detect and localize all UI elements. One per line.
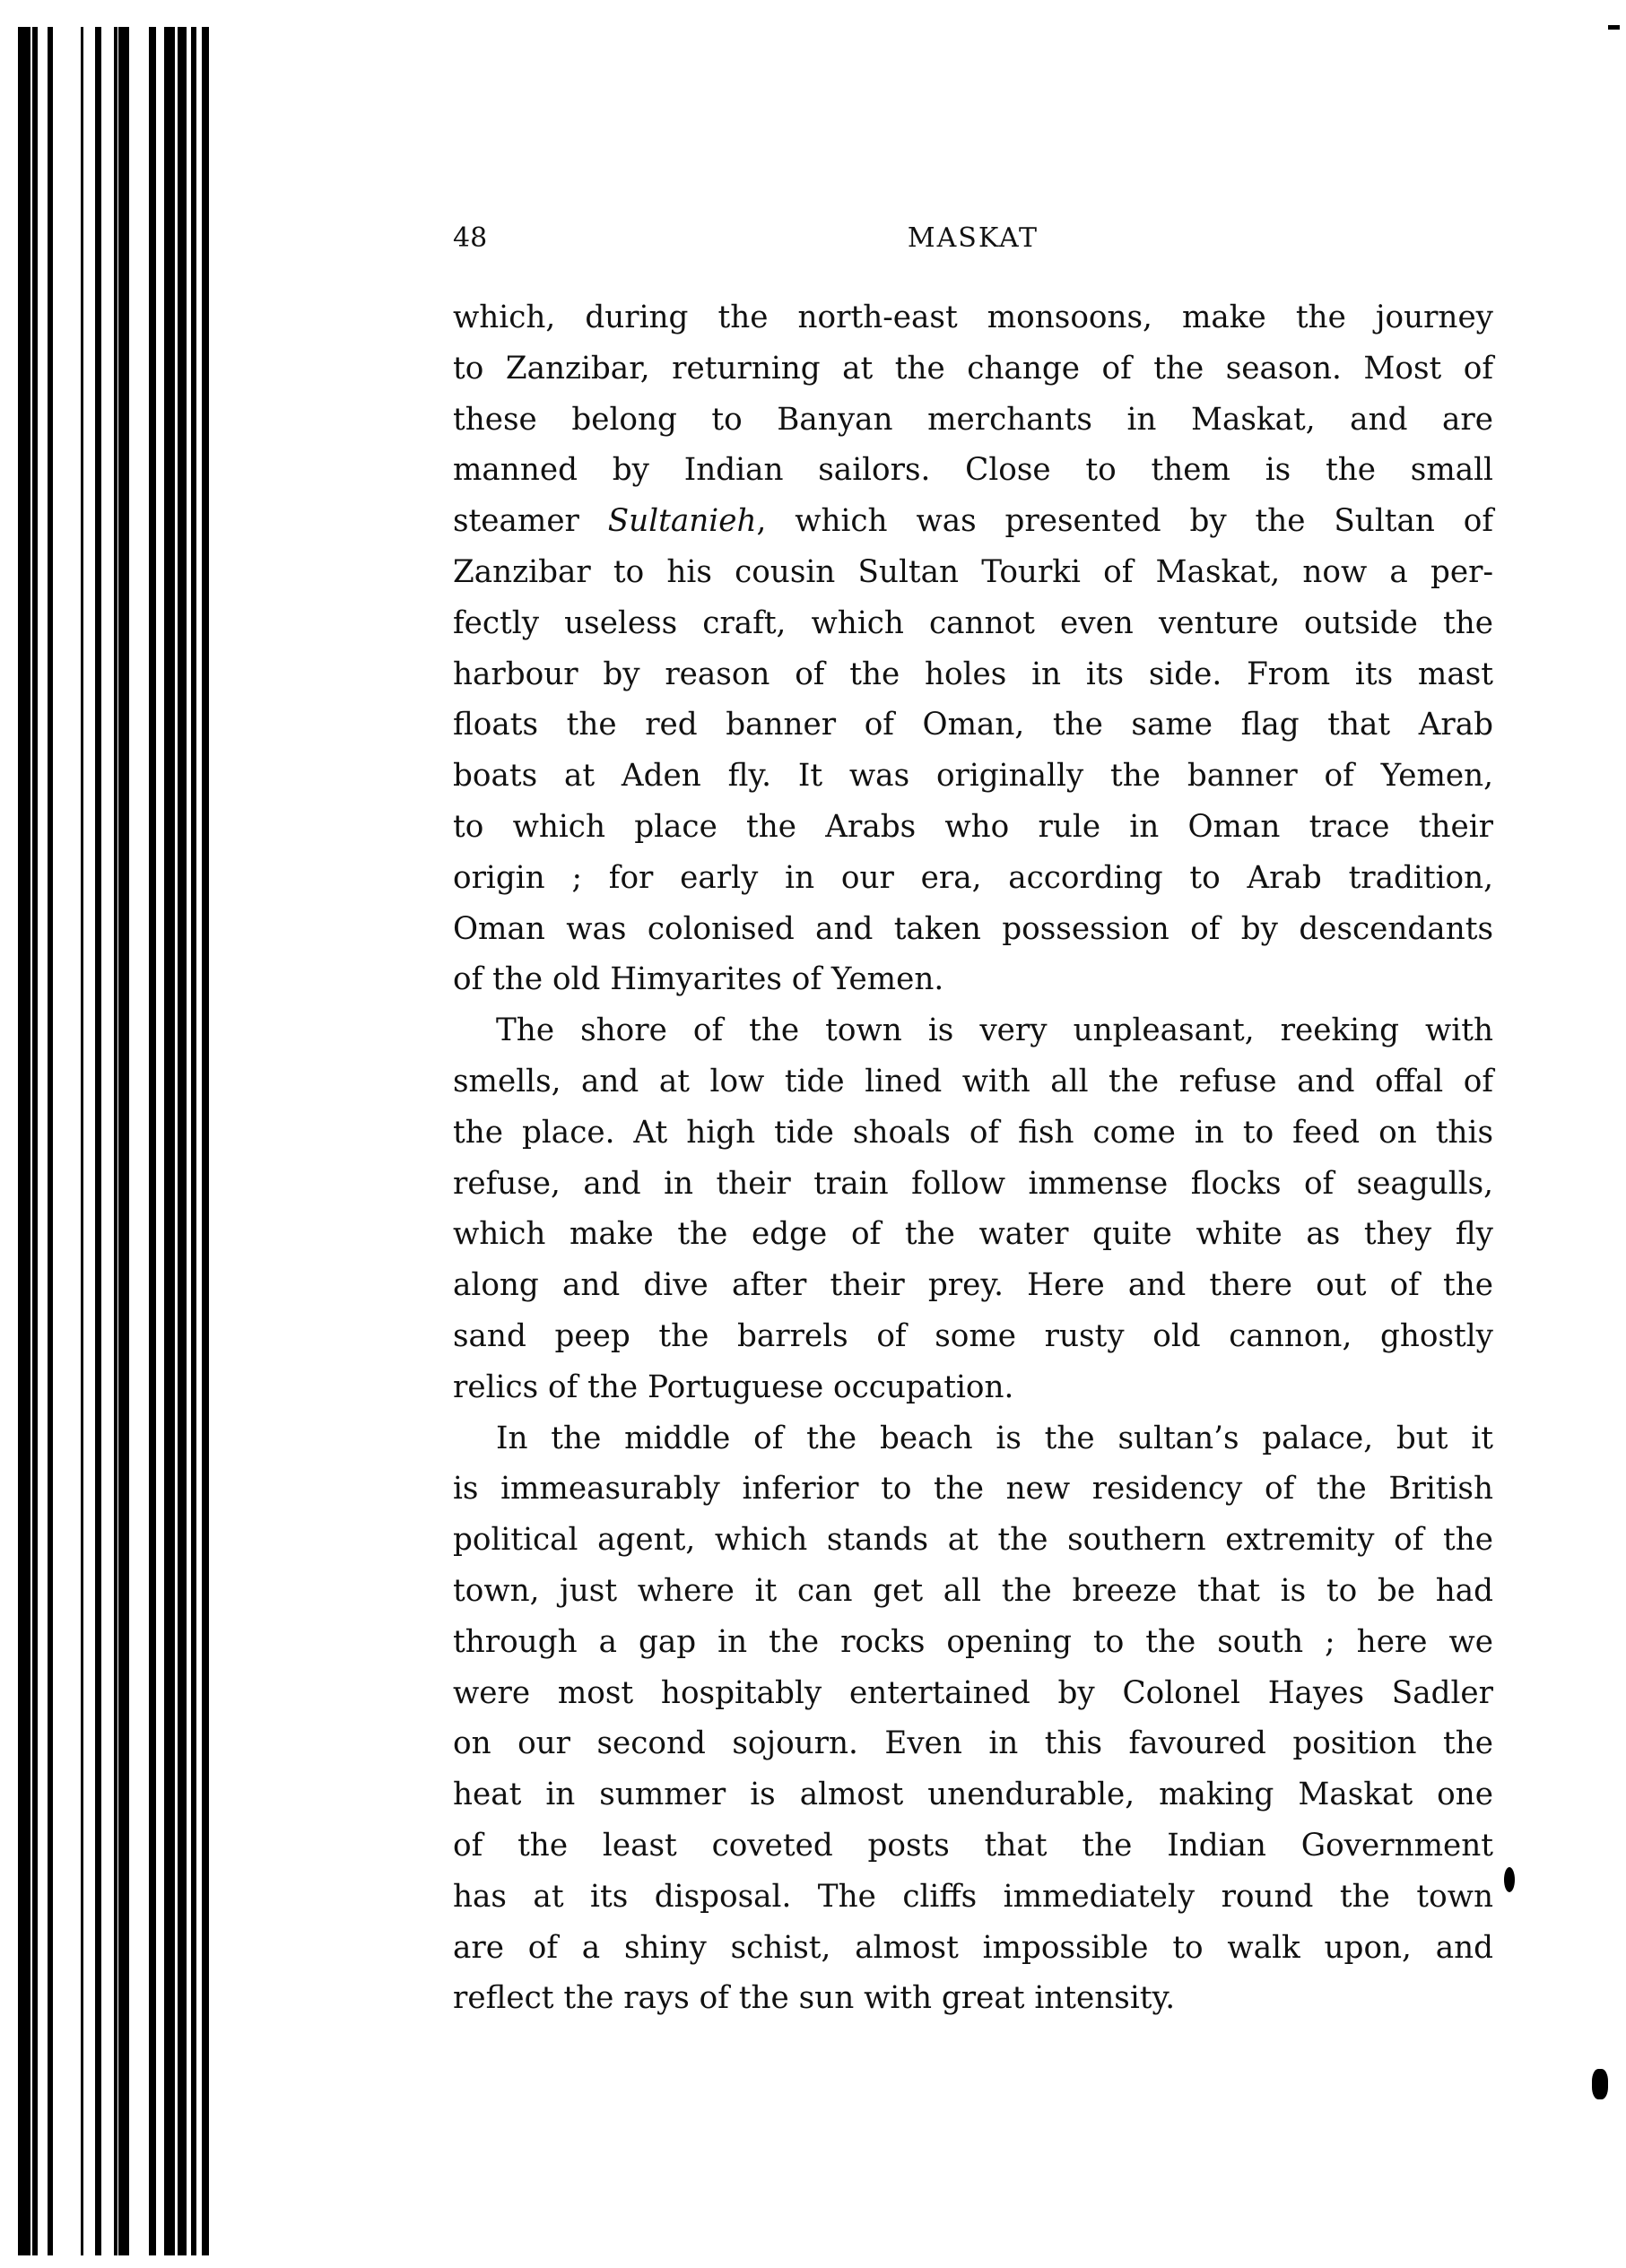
text-line: the place. At high tide shoals of fish c… <box>453 1108 1493 1159</box>
text-line: which, during the north-east monsoons, m… <box>453 292 1493 343</box>
book-binding-edge <box>18 27 211 2255</box>
running-head: 48 MASKAT <box>453 215 1493 260</box>
text-line: of the least coveted posts that the Indi… <box>453 1820 1493 1872</box>
text-line: In the middle of the beach is the sultan… <box>453 1413 1493 1464</box>
text-line: floats the red banner of Oman, the same … <box>453 700 1493 751</box>
text-line: is immeasurably inferior to the new resi… <box>453 1464 1493 1515</box>
text-line: boats at Aden fly. It was originally the… <box>453 751 1493 802</box>
text-line: to which place the Arabs who rule in Oma… <box>453 802 1493 853</box>
text-line: along and dive after their prey. Here an… <box>453 1260 1493 1311</box>
text-line: manned by Indian sailors. Close to them … <box>453 445 1493 496</box>
running-title: MASKAT <box>453 222 1493 254</box>
paragraph: In the middle of the beach is the sultan… <box>453 1413 1493 2025</box>
text-line: reflect the rays of the sun with great i… <box>453 1973 1493 2024</box>
text-line: The shore of the town is very unpleasant… <box>453 1005 1493 1056</box>
text-line: sand peep the barrels of some rusty old … <box>453 1311 1493 1362</box>
text-line: heat in summer is almost unendurable, ma… <box>453 1769 1493 1820</box>
text-line: are of a shiny schist, almost impossible… <box>453 1923 1493 1974</box>
body-text: which, during the north-east monsoons, m… <box>453 292 1493 2024</box>
paragraph: The shore of the town is very unpleasant… <box>453 1005 1493 1412</box>
text-line: to Zanzibar, returning at the change of … <box>453 343 1493 395</box>
text-line: steamer Sultanieh, which was presented b… <box>453 496 1493 547</box>
book-page: 48 MASKAT which, during the north-east m… <box>453 215 1493 2024</box>
text-line: on our second sojourn. Even in this favo… <box>453 1718 1493 1769</box>
ink-blot <box>1592 2069 1608 2099</box>
text-line: relics of the Portuguese occupation. <box>453 1362 1493 1413</box>
text-line: through a gap in the rocks opening to th… <box>453 1617 1493 1668</box>
text-line: origin ; for early in our era, according… <box>453 853 1493 904</box>
text-line: refuse, and in their train follow immens… <box>453 1159 1493 1210</box>
text-line: were most hospitably entertained by Colo… <box>453 1668 1493 1719</box>
text-line: these belong to Banyan merchants in Mask… <box>453 395 1493 446</box>
text-line: has at its disposal. The cliffs immediat… <box>453 1872 1493 1923</box>
text-line: Zanzibar to his cousin Sultan Tourki of … <box>453 547 1493 598</box>
text-line: which make the edge of the water quite w… <box>453 1209 1493 1260</box>
text-line: smells, and at low tide lined with all t… <box>453 1056 1493 1108</box>
text-line: town, just where it can get all the bree… <box>453 1566 1493 1617</box>
ink-speck <box>1608 25 1620 30</box>
text-line: harbour by reason of the holes in its si… <box>453 649 1493 700</box>
text-line: political agent, which stands at the sou… <box>453 1515 1493 1566</box>
text-line: fectly useless craft, which cannot even … <box>453 598 1493 649</box>
paragraph: which, during the north-east monsoons, m… <box>453 292 1493 1005</box>
text-line: of the old Himyarites of Yemen. <box>453 954 1493 1005</box>
ship-name: Sultanieh <box>608 503 757 539</box>
text-line: Oman was colonised and taken possession … <box>453 904 1493 955</box>
ink-blot <box>1504 1867 1515 1892</box>
